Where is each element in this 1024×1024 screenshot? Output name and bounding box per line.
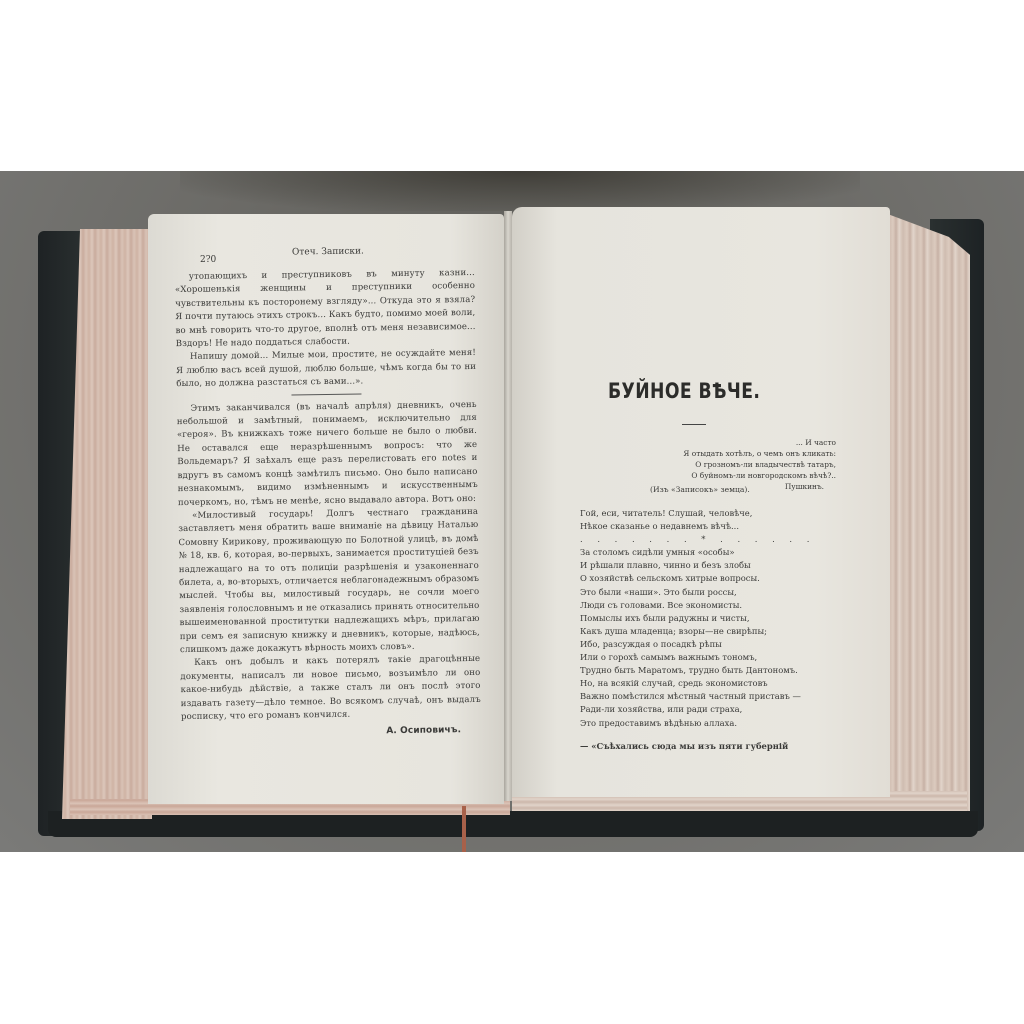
running-header: Отеч. Записки. (292, 246, 364, 257)
paragraph: утопающихъ и преступниковъ въ минуту каз… (175, 267, 476, 352)
poem-line: Какъ душа младенца; взоры—не свирѣпы; (580, 625, 815, 638)
poem-line: Гой, еси, читатель! Слушай, человѣче, (580, 507, 815, 520)
book-gutter (504, 211, 512, 801)
epigraph-line: О грозномъ-ли владычествѣ татаръ, (676, 459, 836, 470)
poem-line: Но, на всякій случай, средь экономистовъ (580, 677, 815, 690)
poem-separator: . . . . . . . * . . . . . . (580, 533, 815, 546)
poem-line: Это были «наши». Это были россы, (580, 586, 815, 599)
poem-line: Трудно быть Маратомъ, трудно быть Дантон… (580, 664, 815, 677)
poem-line: Ибо, разсуждая о посадкѣ рѣпы (580, 638, 815, 651)
backdrop-shadow (180, 171, 860, 211)
paragraph: Напишу домой... Милые мои, простите, не … (176, 347, 477, 391)
poem-line: И рѣшали плавно, чинно и безъ злобы (580, 559, 815, 572)
marbled-page-edge-right (885, 213, 970, 811)
epigraph: ... И часто Я отыдать хотѣлъ, о чемъ онъ… (676, 437, 836, 492)
poem-line: Это предоставимъ вѣдѣнью аллаха. (580, 717, 815, 730)
poem-line: За столомъ сидѣли умныя «особы» (580, 546, 815, 559)
source-note: (Изъ «Записокъ» земца). (650, 485, 750, 494)
poem-line: О хозяйствѣ сельскомъ хитрые вопросы. (580, 572, 815, 585)
title-divider (682, 424, 706, 425)
section-divider (291, 393, 361, 395)
epigraph-line: Я отыдать хотѣлъ, о чемъ онъ кликать: (676, 448, 836, 459)
paragraph: «Милостивый государь! Долгъ честнаго гра… (178, 506, 480, 658)
poem-line: Или о горохѣ самымъ важнымъ тономъ, (580, 651, 815, 664)
poem-line: Важно помѣстился мѣстный частный пристав… (580, 690, 815, 703)
poem-line: Ради-ли хозяйства, или ради страха, (580, 703, 815, 716)
poem-line: Помыслы ихъ были радужны и чисты, (580, 612, 815, 625)
poem: Гой, еси, читатель! Слушай, человѣче, Нѣ… (580, 507, 815, 753)
poem-line: Люди съ головами. Все экономисты. (580, 599, 815, 612)
ribbon-bookmark (462, 806, 466, 852)
epigraph-line: О буйномъ-ли новгородскомъ вѣчѣ?.. (676, 470, 836, 481)
page-number: 2?0 (200, 255, 216, 265)
poem-continuation: — «Съѣхались сюда мы изъ пяти губерній (580, 740, 815, 753)
poem-line: Нѣкое сказанье о недавнемъ вѣчѣ... (580, 520, 815, 533)
book-photograph: 2?0 Отеч. Записки. утопающихъ и преступн… (0, 171, 1024, 852)
paragraph: Этимъ заканчивался (въ началѣ апрѣля) дн… (177, 399, 478, 510)
chapter-title: БУЙНОЕ ВѢЧЕ. (608, 379, 760, 403)
epigraph-line: ... И часто (676, 437, 836, 448)
left-page-body: утопающихъ и преступниковъ въ минуту каз… (175, 267, 482, 742)
paragraph: Какъ онъ добылъ и какъ потерялъ такіе др… (180, 653, 481, 724)
